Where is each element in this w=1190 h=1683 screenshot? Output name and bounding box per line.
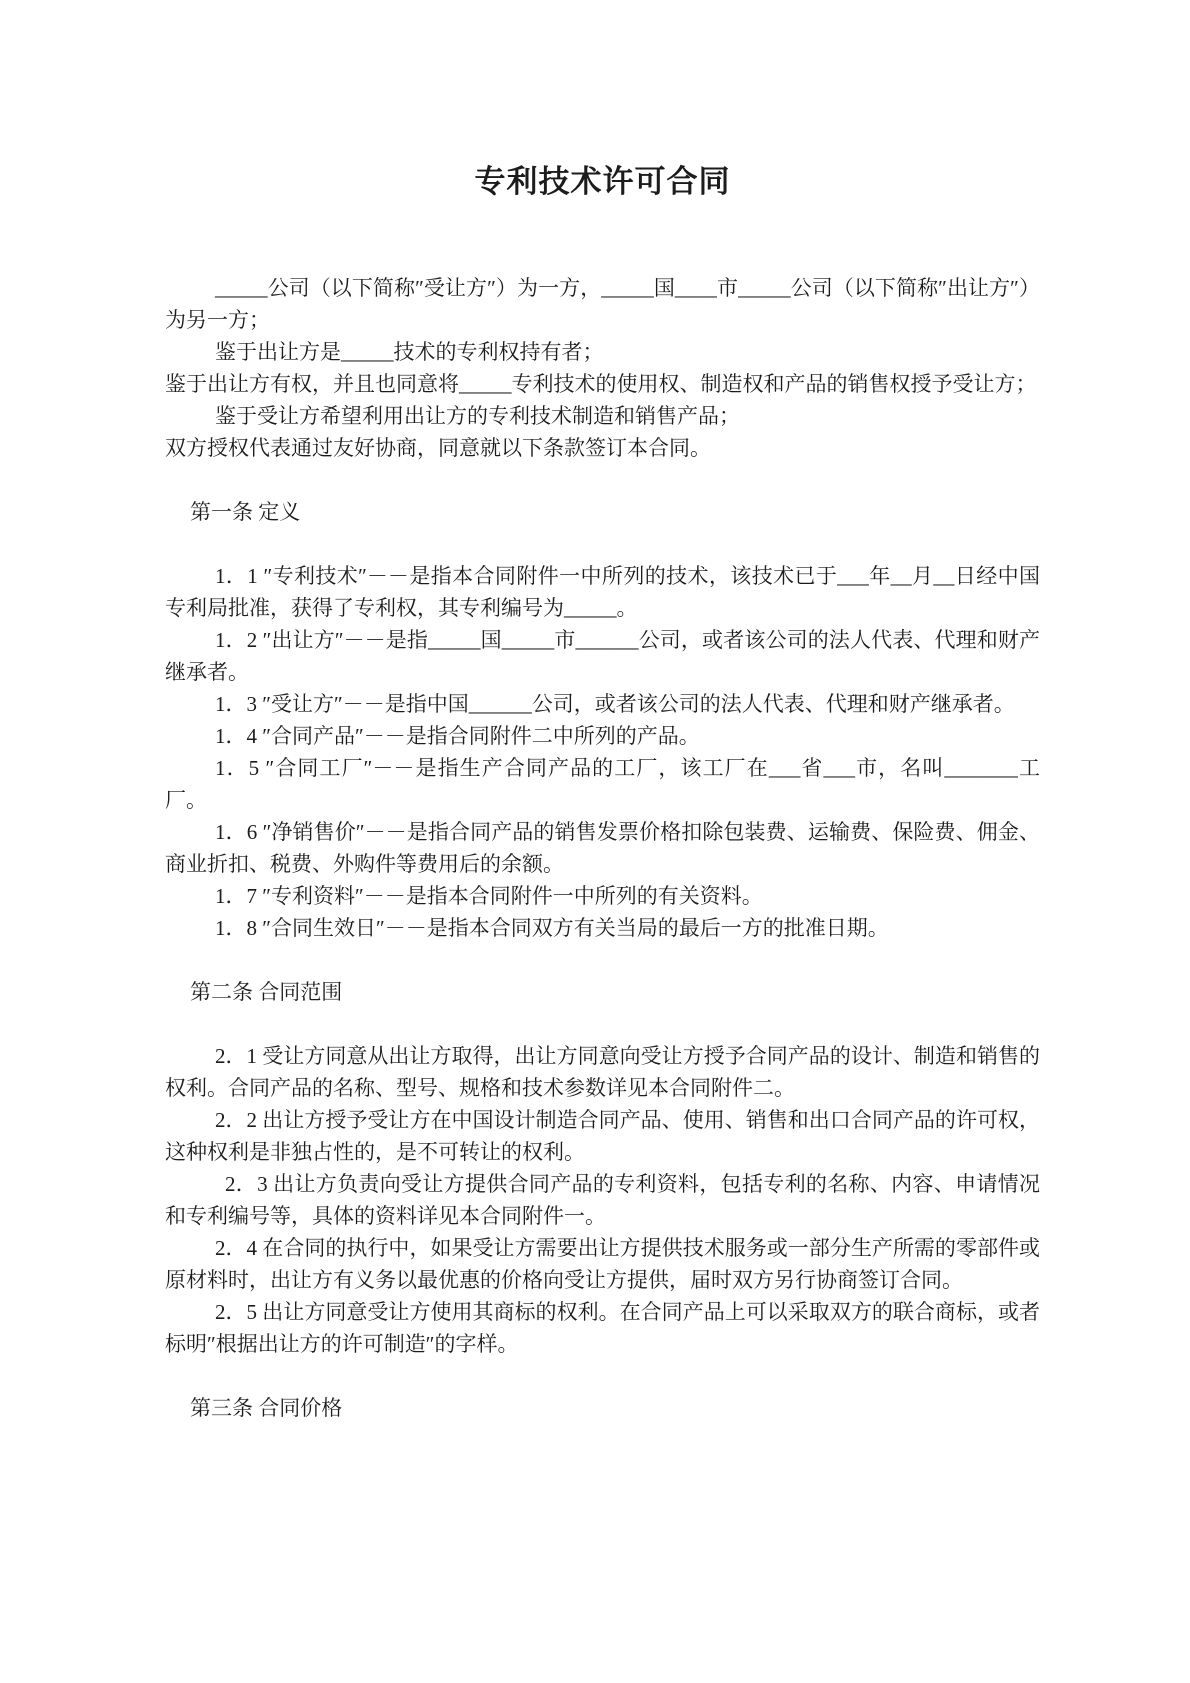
clause-1-1: 1．1 ″专利技术″－－是指本合同附件一中所列的技术，该技术已于___年__月_… (165, 560, 1040, 624)
preamble-line-1: _____公司（以下简称″受让方″）为一方，_____国____市_____公司… (165, 272, 1040, 336)
clause-1-5: 1．5 ″合同工厂″－－是指生产合同产品的工厂，该工厂在___省___市，名叫_… (165, 752, 1040, 816)
preamble-line-2: 鉴于出让方是_____技术的专利权持有者； (165, 336, 1040, 368)
document-title: 专利技术许可合同 (165, 160, 1040, 204)
section-heading-2: 第二条 合同范围 (165, 976, 1040, 1008)
preamble: _____公司（以下简称″受让方″）为一方，_____国____市_____公司… (165, 272, 1040, 464)
section-heading-3: 第三条 合同价格 (165, 1392, 1040, 1424)
clause-2-3: 2．3 出让方负责向受让方提供合同产品的专利资料，包括专利的名称、内容、申请情况… (165, 1168, 1040, 1232)
document-page: 专利技术许可合同 _____公司（以下简称″受让方″）为一方，_____国___… (0, 0, 1190, 1683)
clause-2-5: 2．5 出让方同意受让方使用其商标的权利。在合同产品上可以采取双方的联合商标，或… (165, 1296, 1040, 1360)
clause-2-4: 2．4 在合同的执行中，如果受让方需要出让方提供技术服务或一部分生产所需的零部件… (165, 1232, 1040, 1296)
clause-1-6: 1．6 ″净销售价″－－是指合同产品的销售发票价格扣除包装费、运输费、保险费、佣… (165, 816, 1040, 880)
section-heading-1: 第一条 定义 (165, 496, 1040, 528)
preamble-line-5: 双方授权代表通过友好协商，同意就以下条款签订本合同。 (165, 432, 1040, 464)
clause-1-8: 1．8 ″合同生效日″－－是指本合同双方有关当局的最后一方的批准日期。 (165, 912, 1040, 944)
clause-2-2: 2．2 出让方授予受让方在中国设计制造合同产品、使用、销售和出口合同产品的许可权… (165, 1104, 1040, 1168)
preamble-line-3: 鉴于出让方有权，并且也同意将_____专利技术的使用权、制造权和产品的销售权授予… (165, 368, 1040, 400)
clause-1-3: 1．3 ″受让方″－－是指中国______公司，或者该公司的法人代表、代理和财产… (165, 688, 1040, 720)
clause-1-7: 1．7 ″专利资料″－－是指本合同附件一中所列的有关资料。 (165, 880, 1040, 912)
clause-1-2: 1．2 ″出让方″－－是指_____国_____市______公司，或者该公司的… (165, 624, 1040, 688)
preamble-line-4: 鉴于受让方希望利用出让方的专利技术制造和销售产品； (165, 400, 1040, 432)
clause-2-1: 2．1 受让方同意从出让方取得，出让方同意向受让方授予合同产品的设计、制造和销售… (165, 1040, 1040, 1104)
section-price: 第三条 合同价格 (165, 1392, 1040, 1424)
section-scope: 第二条 合同范围 2．1 受让方同意从出让方取得，出让方同意向受让方授予合同产品… (165, 976, 1040, 1360)
section-definitions: 第一条 定义 1．1 ″专利技术″－－是指本合同附件一中所列的技术，该技术已于_… (165, 496, 1040, 944)
clause-1-4: 1．4 ″合同产品″－－是指合同附件二中所列的产品。 (165, 720, 1040, 752)
